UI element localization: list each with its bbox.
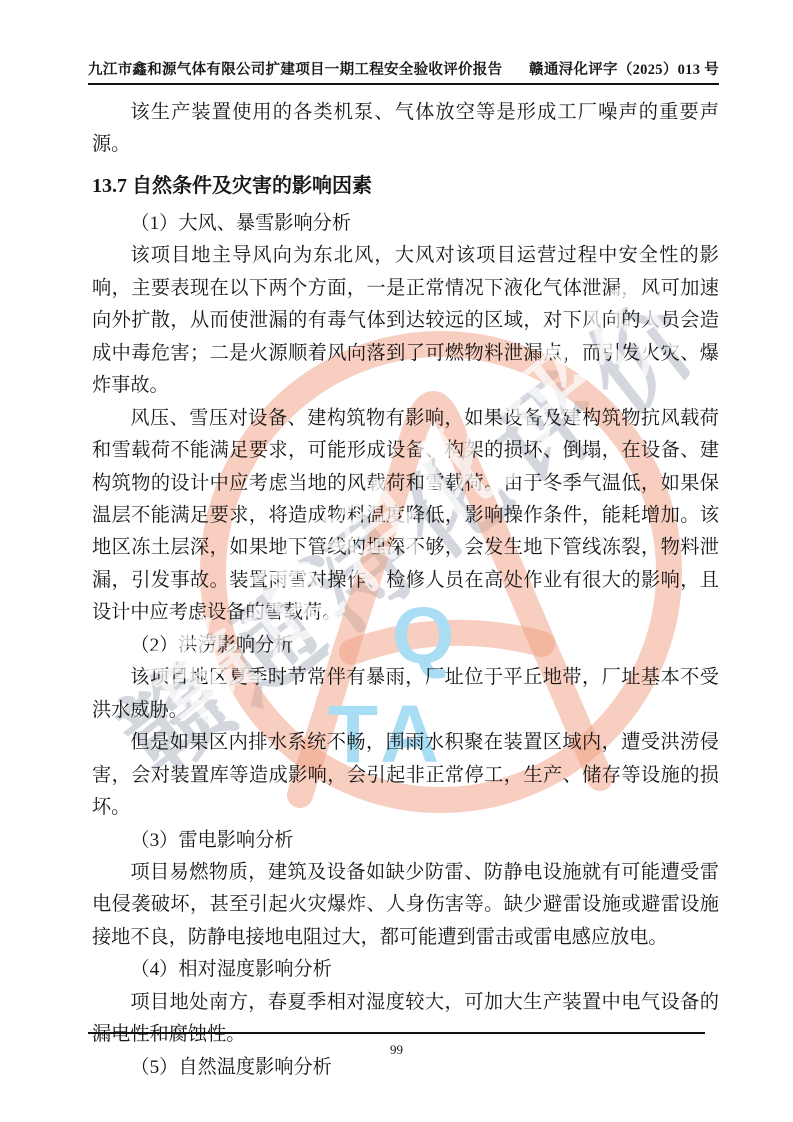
paragraph-list: （1）大风、暴雪影响分析该项目地主导风向为东北风，大风对该项目运营过程中安全性的…: [92, 208, 719, 1084]
page-number: 99: [0, 1042, 793, 1058]
header-divider-line: [88, 83, 719, 85]
body-paragraph: 该项目地主导风向为东北风，大风对该项目运营过程中安全性的影响，主要表现在以下两个…: [92, 240, 719, 402]
body-paragraph: 风压、雪压对设备、建构筑物有影响，如果设备及建构筑物抗风载荷和雪载荷不能满足要求…: [92, 403, 719, 630]
body-paragraph: 该项目地区夏季时节常伴有暴雨，厂址位于平丘地带，厂址基本不受洪水威胁。: [92, 662, 719, 727]
body-paragraph: 但是如果区内排水系统不畅，围雨水积聚在装置区域内，遭受洪涝侵害，会对装置库等造成…: [92, 727, 719, 824]
subsection-heading: （2）洪涝影响分析: [92, 630, 719, 662]
page-header: 九江市鑫和源气体有限公司扩建项目一期工程安全验收评价报告 赣通浔化评字（2025…: [88, 58, 719, 79]
header-report-title: 九江市鑫和源气体有限公司扩建项目一期工程安全验收评价报告: [88, 58, 502, 79]
footer-divider-line: [88, 1032, 705, 1034]
document-body: 该生产装置使用的各类机泵、气体放空等是形成工厂噪声的重要声源。 13.7 自然条…: [92, 97, 719, 1084]
body-paragraph: 项目易燃物质，建筑及设备如缺少防雷、防静电设施就有可能遭受雷电侵袭破坏，甚至引起…: [92, 857, 719, 954]
subsection-heading: （3）雷电影响分析: [92, 825, 719, 857]
header-doc-number: 赣通浔化评字（2025）013 号: [529, 58, 719, 79]
report-page: 赣通浔化评价 Q TA 九江市鑫和源气体有限公司扩建项目一期工程安全验收评价报告…: [0, 0, 793, 1122]
intro-paragraph: 该生产装置使用的各类机泵、气体放空等是形成工厂噪声的重要声源。: [92, 97, 719, 162]
section-heading-13-7: 13.7 自然条件及灾害的影响因素: [92, 168, 719, 204]
subsection-heading: （4）相对湿度影响分析: [92, 954, 719, 986]
subsection-heading: （1）大风、暴雪影响分析: [92, 208, 719, 240]
